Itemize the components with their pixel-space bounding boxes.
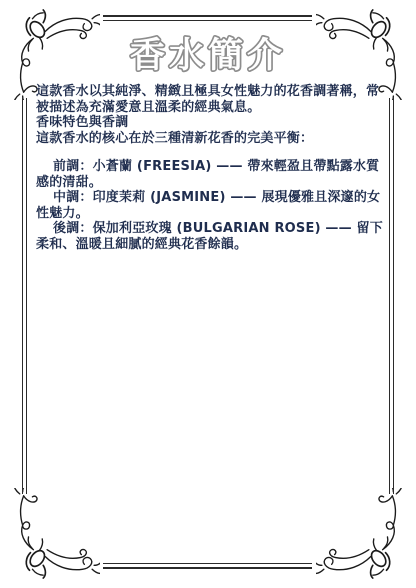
page-title-container: 香水簡介 bbox=[0, 22, 416, 80]
note-top: 前調：小蒼蘭 (FREESIA) —— 帶來輕盈且帶點露水質感的清甜。 bbox=[36, 159, 384, 190]
note-base: 後調：保加利亞玫瑰 (BULGARIAN ROSE) —— 留下柔和、溫暖且細膩… bbox=[36, 221, 384, 252]
corner-flourish-bottom-right-icon bbox=[316, 488, 410, 582]
page-title: 香水簡介 bbox=[130, 36, 286, 76]
intro-paragraph: 這款香水以其純淨、精緻且極具女性魅力的花香調著稱，常被描述為充滿愛意且溫柔的經典… bbox=[36, 84, 384, 115]
note-heart: 中調：印度茉莉 (JASMINE) —— 展現優雅且深邃的女性魅力。 bbox=[36, 190, 384, 221]
section-heading: 香味特色與香調 bbox=[36, 115, 384, 131]
frame-left-line bbox=[22, 98, 27, 494]
page-title-graphic: 香水簡介 bbox=[0, 22, 416, 80]
perfume-intro-page: 香水簡介 這款香水以其純淨、精緻且極具女性魅力的花香調著稱，常被描述為充滿愛意且… bbox=[0, 0, 416, 588]
corner-flourish-bottom-left-icon bbox=[6, 488, 100, 582]
body-content: 這款香水以其純淨、精緻且極具女性魅力的花香調著稱，常被描述為充滿愛意且溫柔的經典… bbox=[36, 84, 384, 252]
fragrance-notes-list: 前調：小蒼蘭 (FREESIA) —— 帶來輕盈且帶點露水質感的清甜。 中調：印… bbox=[36, 159, 384, 252]
lead-paragraph: 這款香水的核心在於三種清新花香的完美平衡： bbox=[36, 131, 384, 147]
frame-top-line bbox=[103, 15, 312, 21]
frame-right-line bbox=[389, 98, 394, 494]
frame-bottom-line bbox=[103, 563, 312, 569]
